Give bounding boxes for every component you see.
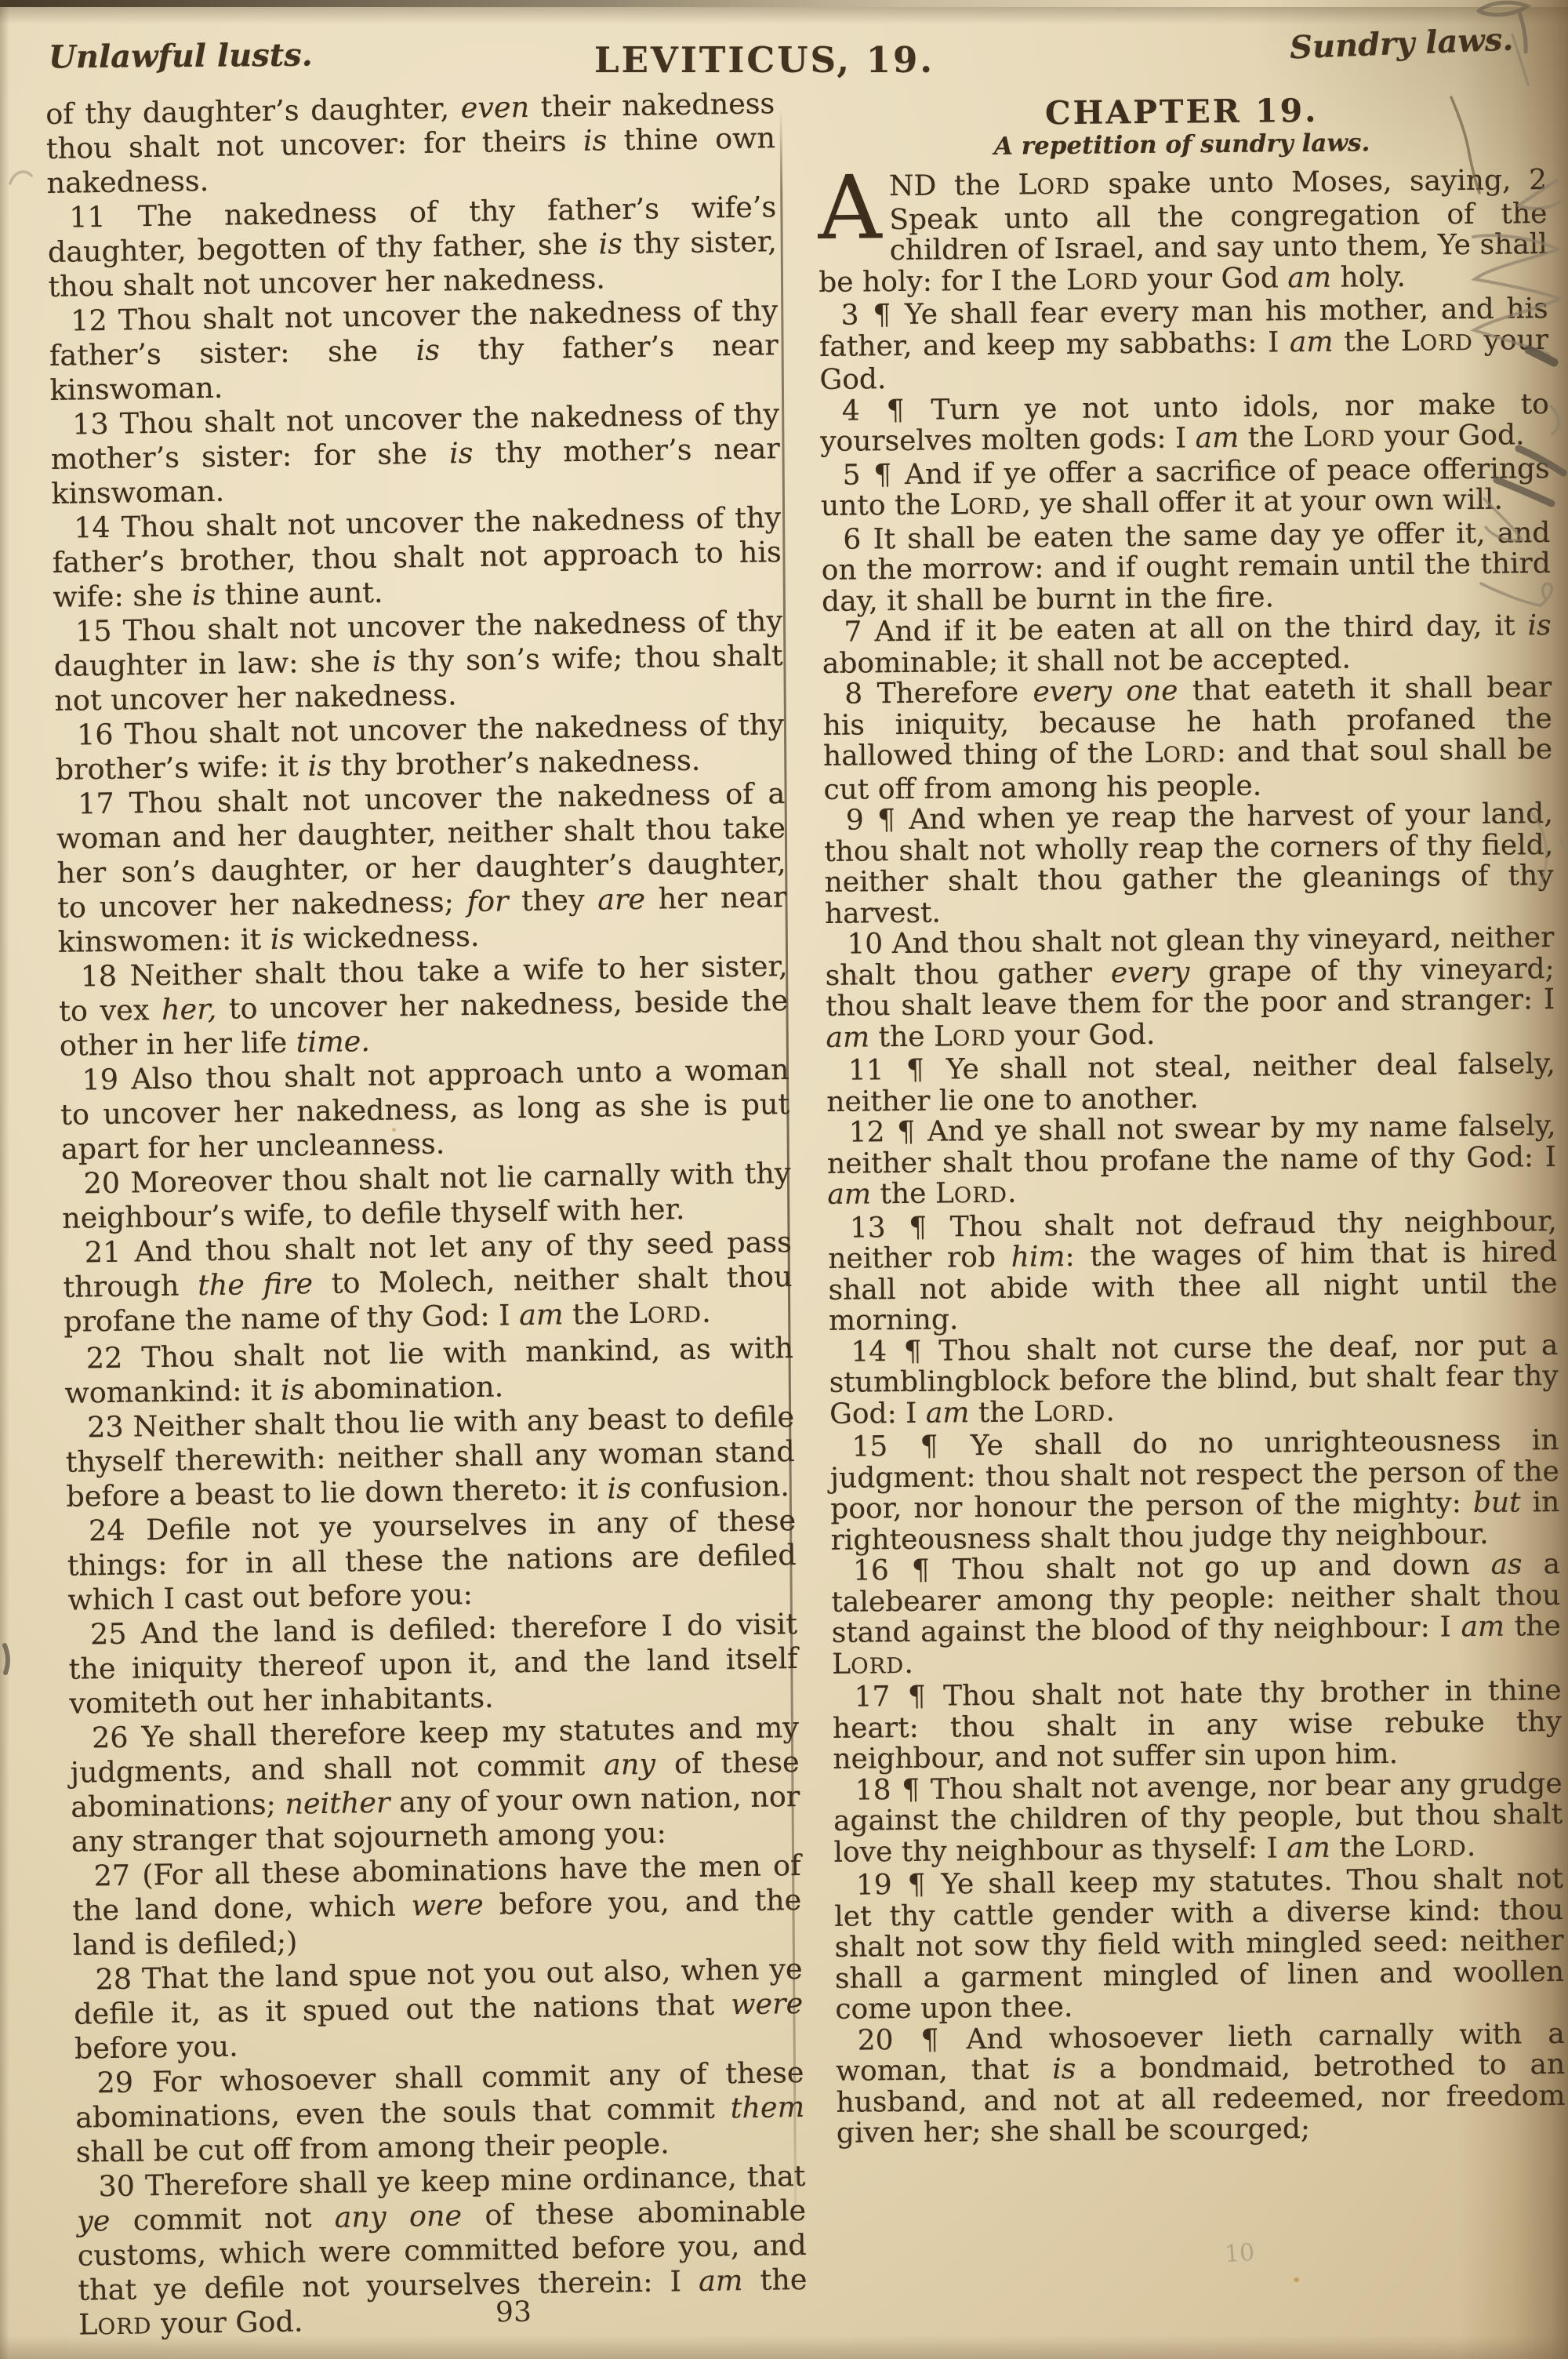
- verse-number: 12: [848, 1116, 895, 1149]
- small-caps-lord: LORD: [1018, 169, 1091, 202]
- verse-number: 30: [98, 2168, 145, 2203]
- verse: 3 ¶ Ye shall fear every man his mother, …: [818, 293, 1548, 395]
- pilcrow-mark: ¶: [906, 1681, 944, 1713]
- verse: 18 Neither shalt thou take a wife to her…: [58, 949, 789, 1063]
- verse: 6 It shall be eaten the same day ye offe…: [821, 518, 1551, 617]
- verse-number: 22: [86, 1340, 142, 1375]
- verse-number: 19: [82, 1063, 131, 1097]
- small-caps-lord: LORD: [1033, 1395, 1106, 1428]
- verse: 11 ¶ Ye shall not steal, neither deal fa…: [826, 1049, 1556, 1118]
- scanned-bible-page: Unlawful lusts. LEVITICUS, 19. Sundry la…: [0, 0, 1568, 2359]
- small-caps-lord: LORD: [1401, 324, 1474, 357]
- chapter-heading: CHAPTER 19.: [817, 93, 1546, 131]
- verse: 14 Thou shalt not uncover the nakedness …: [52, 500, 782, 615]
- verse: 27 (For all these abominations have the …: [71, 1848, 802, 1963]
- verse-number: 8: [844, 678, 877, 710]
- small-caps-lord: LORD: [1303, 420, 1376, 453]
- verse-number: 14: [74, 511, 122, 545]
- small-caps-lord: LORD: [949, 489, 1022, 522]
- chapter-summary: A repetition of sundry laws.: [817, 126, 1546, 164]
- verse-number: 17: [854, 1681, 906, 1714]
- left-margin-tick-mark: [5, 1645, 8, 1673]
- verse-number: 12: [71, 304, 118, 338]
- pilcrow-mark: ¶: [919, 2023, 966, 2056]
- verse-number: 20: [83, 1166, 131, 1201]
- verse-number: 23: [87, 1410, 133, 1445]
- small-caps-lord: LORD: [1144, 736, 1217, 769]
- verse-number: 29: [96, 2065, 152, 2099]
- verse: 16 Thou shalt not uncover the nakedness …: [55, 707, 785, 787]
- small-caps-lord: LORD: [1066, 264, 1139, 296]
- ghost-pencil-number: 10: [1224, 2239, 1256, 2269]
- small-caps-lord: LORD: [935, 1177, 1008, 1210]
- diagonal-slash-mark: [1512, 35, 1528, 85]
- verse: 17 ¶ Thou shalt not hate thy brother in …: [832, 1675, 1562, 1775]
- pilcrow-mark: ¶: [895, 1116, 927, 1148]
- verse-number: 10: [847, 928, 892, 961]
- verse-number: 11: [69, 199, 138, 234]
- verse: 4 ¶ Turn ye not unto idols, nor make to …: [820, 389, 1550, 460]
- pilcrow-mark: ¶: [907, 1211, 950, 1244]
- verse-number: 15: [75, 614, 123, 649]
- running-head-right: Sundry laws.: [1289, 21, 1514, 67]
- verse: 23 Neither shalt thou lie with any beast…: [65, 1400, 796, 1514]
- verse-number: 16: [77, 718, 125, 752]
- pilcrow-mark: ¶: [884, 394, 931, 427]
- verse-number: 4: [842, 394, 885, 427]
- page-number: 93: [470, 2295, 557, 2329]
- top-edge-fade: [0, 7, 1568, 24]
- verse-number: 11: [848, 1054, 905, 1087]
- verse: 14 ¶ Thou shalt not curse the deaf, nor …: [829, 1330, 1559, 1432]
- verse-number: 7: [844, 616, 874, 648]
- edge-tick-mark: [1560, 839, 1567, 852]
- pilcrow-mark: ¶: [906, 1869, 941, 1901]
- verse: 18 ¶ Thou shalt not avenge, nor bear any…: [833, 1768, 1563, 1870]
- verse-number: 21: [85, 1234, 135, 1269]
- pilcrow-mark: ¶: [918, 1430, 971, 1463]
- book-title-running-head: LEVITICUS, 19.: [580, 39, 949, 81]
- verse: 20 ¶ And whosoever lieth carnally with a…: [836, 2018, 1566, 2149]
- verse-number: 19: [856, 1869, 906, 1902]
- verse-number: 20: [858, 2023, 920, 2056]
- small-caps-lord: LORD: [934, 1020, 1007, 1052]
- verse-number: 3: [840, 299, 871, 331]
- verse: 28 That the land spue not you out also, …: [73, 1952, 804, 2066]
- verse: 15 ¶ Ye shall do no unrighteousness in j…: [829, 1425, 1559, 1556]
- verse-number: 18: [855, 1774, 901, 1807]
- verse: 21 And thou shalt not let any of thy see…: [63, 1225, 793, 1342]
- pilcrow-mark: ¶: [872, 458, 905, 490]
- drop-cap: A: [818, 171, 890, 241]
- verse-number: 2: [1529, 164, 1547, 196]
- left-edge-shadow: [0, 0, 9, 2359]
- left-arc-mark: [10, 172, 31, 184]
- verse-number: 25: [90, 1616, 141, 1651]
- top-edge-shadow: [0, 0, 1568, 7]
- pilcrow-mark: ¶: [871, 299, 905, 331]
- verse: 12 Thou shalt not uncover the nakedness …: [49, 293, 779, 408]
- verse: 30 Therefore shall ye keep mine ordinanc…: [76, 2159, 808, 2345]
- verse: 15 Thou shalt not uncover the nakedness …: [53, 604, 784, 718]
- verse: 13 ¶ Thou shalt not defraud thy neighbou…: [828, 1206, 1558, 1337]
- verse: 7 And if it be eaten at all on the third…: [822, 610, 1552, 679]
- verse-number: 14: [851, 1336, 902, 1369]
- verse-number: 17: [78, 787, 129, 821]
- verse-number: 16: [853, 1554, 910, 1587]
- verse: 8 Therefore every one that eateth it sha…: [822, 672, 1553, 805]
- paper-speck: [1294, 2277, 1299, 2282]
- verse-number: 24: [89, 1513, 147, 1547]
- verse: of thy daughter’s daughter, even their n…: [45, 86, 776, 201]
- small-caps-lord: LORD: [1394, 1830, 1467, 1863]
- verse-number: 5: [842, 459, 872, 491]
- verse-number: 15: [851, 1430, 918, 1463]
- verse: 13 Thou shalt not uncover the nakedness …: [50, 397, 781, 511]
- pilcrow-mark: ¶: [900, 1773, 931, 1805]
- curl-tail-mark: [1551, 406, 1559, 434]
- small-caps-lord: LORD: [78, 2306, 152, 2341]
- pilcrow-mark: ¶: [905, 1053, 946, 1086]
- right-text-column: CHAPTER 19. A repetition of sundry laws.…: [817, 90, 1566, 2149]
- verse: 12 ¶ And ye shall not swear by my name f…: [826, 1110, 1556, 1212]
- verse: 16 ¶ Thou shalt not go up and down as a …: [831, 1549, 1562, 1682]
- small-caps-lord: LORD: [832, 1648, 905, 1681]
- verse-number: 13: [850, 1211, 908, 1244]
- verse: 20 Moreover thou shalt not lie carnally …: [61, 1156, 791, 1236]
- right-column-verses: AND the LORD spake unto Moses, saying, 2…: [818, 165, 1566, 2149]
- verse: 29 For whosoever shall commit any of the…: [74, 2055, 805, 2170]
- running-head-left: Unlawful lusts.: [49, 37, 313, 76]
- opening-verse: AND the LORD spake unto Moses, saying, 2…: [818, 165, 1548, 300]
- verse-number: 6: [843, 523, 873, 555]
- verse: 25 And the land is defiled: therefore I …: [68, 1607, 799, 1721]
- verse-number: 26: [92, 1720, 142, 1754]
- pilcrow-mark: ¶: [910, 1554, 953, 1587]
- verse: 5 ¶ And if ye offer a sacrifice of peace…: [820, 453, 1550, 525]
- small-caps-lord: LORD: [628, 1296, 702, 1330]
- verse-number: 9: [846, 804, 877, 836]
- verse: 22 Thou shalt not lie with mankind, as w…: [64, 1331, 794, 1411]
- verse: 11 The nakedness of thy father’s wife’s …: [47, 190, 778, 304]
- verse: 10 And thou shalt not glean thy vineyard…: [825, 922, 1555, 1056]
- verse: 24 Defile not ye yourselves in any of th…: [67, 1503, 797, 1618]
- pilcrow-mark: ¶: [902, 1335, 939, 1367]
- verse: 19 Also thou shalt not approach unto a w…: [60, 1052, 790, 1167]
- verse-number: 27: [93, 1858, 142, 1892]
- pilcrow-mark: ¶: [876, 804, 909, 836]
- verse: 9 ¶ And when ye reap the harvest of your…: [824, 798, 1554, 929]
- verse: 26 Ye shall therefore keep my statutes a…: [70, 1710, 801, 1859]
- left-column-verses: of thy daughter’s daughter, even their n…: [45, 86, 808, 2344]
- verse-number: 13: [72, 407, 120, 442]
- verse: 17 Thou shalt not uncover the nakedness …: [56, 776, 787, 960]
- left-text-column: of thy daughter’s daughter, even their n…: [45, 86, 808, 2344]
- verse-number: 18: [80, 959, 130, 994]
- verse-number: 28: [95, 1961, 142, 1996]
- verse: 19 ¶ Ye shall keep my statutes. Thou sha…: [834, 1863, 1565, 2025]
